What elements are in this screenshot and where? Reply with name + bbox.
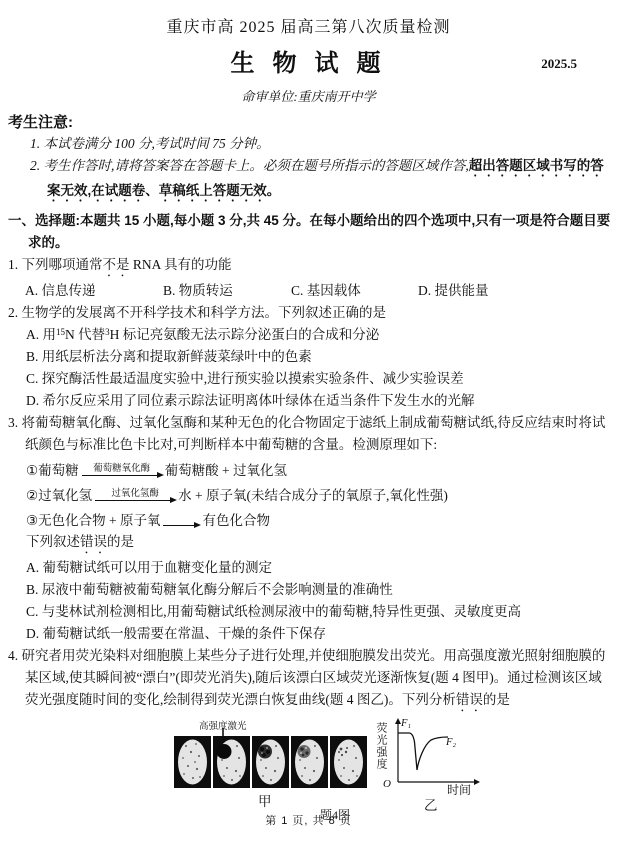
notice-text: 。	[267, 183, 281, 198]
reaction-arrow-icon: 葡萄糖氧化酶	[82, 464, 162, 481]
reaction-reactant: 过氧化氢	[38, 486, 92, 506]
cell-frame-4	[291, 736, 328, 788]
emphasized-text: 在试题卷、草稿纸上答题无效	[91, 183, 267, 198]
arrow-shaft	[82, 475, 162, 476]
question-3-option-a: A. 葡萄糖试纸可以用于血糖变化量的测定	[26, 557, 611, 579]
reaction-product: 水 + 原子氧(未结合成分子的氧原子,氧化性强)	[178, 486, 448, 506]
emphasized-text: 不是	[103, 257, 130, 272]
question-1-stem: 1. 下列哪项通常不是 RNA 具有的功能	[8, 254, 611, 280]
notice-heading: 考生注意:	[8, 113, 617, 133]
graph-f2-annotation: F₂	[446, 737, 456, 748]
superscript: 3	[105, 327, 110, 337]
reaction-2: ②过氧化氢过氧化氢酶水 + 原子氧(未结合成分子的氧原子,氧化性强)	[26, 481, 617, 506]
stem-segment: 4. 研究者用荧光染料对细胞膜上某些分子进行处理,并使细胞膜发出荧光。用高强度激…	[8, 648, 605, 707]
question-2-option-d: D. 希尔反应采用了同位素示踪法证明离体叶绿体在适当条件下发生水的光解	[26, 390, 611, 412]
question-1-options: A. 信息传递 B. 物质转运 C. 基因载体 D. 提供能量	[0, 280, 617, 302]
question-2-stem: 2. 生物学的发展离不开科学技术和科学方法。下列叙述正确的是	[8, 302, 611, 324]
arrow-shaft	[163, 525, 199, 526]
subfigure-label-yi: 乙	[424, 794, 438, 814]
option-segment: A. 用	[26, 327, 56, 342]
page-footer: 第 1 页, 共 8 页	[0, 812, 617, 828]
reaction-product: 葡萄糖酸 + 过氧化氢	[165, 461, 287, 481]
organizer-line: 命审单位:重庆南开中学	[0, 86, 617, 105]
question-2-option-c: C. 探究酶活性最适温度实验中,进行预实验以摸索实验条件、减少实验误差	[26, 368, 611, 390]
stem-segment: 下列叙述	[26, 534, 80, 549]
question-3-option-b: B. 尿液中葡萄糖被葡萄糖氧化酶分解后不会影响测量的准确性	[26, 579, 611, 601]
notice-item-1: 1. 本试卷满分 100 分,考试时间 75 分钟。	[30, 133, 611, 155]
question-1-option-b: B. 物质转运	[163, 280, 233, 302]
reaction-number: ②	[26, 486, 38, 506]
reaction-arrow-icon: 过氧化氢酶	[95, 489, 175, 506]
stem-segment: RNA 具有的功能	[130, 257, 232, 272]
reaction-number: ①	[26, 461, 38, 481]
exam-date: 2025.5	[541, 56, 577, 72]
emphasized-text: 超出答题区域书写	[469, 158, 577, 173]
reaction-product: 有色化合物	[202, 511, 270, 531]
title-row: 生 物 试 题 2025.5	[0, 47, 617, 81]
reaction-1: ①葡萄糖葡萄糖氧化酶葡萄糖酸 + 过氧化氢	[26, 456, 617, 481]
notice-text: 2. 考生作答时,请将答案答在答题卡上。必须在题号所指示的答题区域作答,	[30, 158, 469, 173]
question-4-figure: 高强度激光	[0, 718, 617, 824]
cell-image-strip	[174, 736, 367, 788]
reaction-reactant: 葡萄糖	[38, 461, 79, 481]
exam-paper-page: 重庆市高 2025 届高三第八次质量检测 生 物 试 题 2025.5 命审单位…	[0, 0, 617, 845]
section-1-heading: 一、选择题:本题共 15 小题,每小题 3 分,共 45 分。在每小题给出的四个…	[8, 210, 611, 254]
cell-frame-3	[252, 736, 289, 788]
emphasized-text: 错误	[80, 534, 107, 549]
stem-segment: 的是	[483, 692, 510, 707]
cell-frame-1	[174, 736, 211, 788]
reaction-arrow-icon	[163, 525, 199, 531]
option-segment: N 代替	[65, 327, 105, 342]
question-2-option-b: B. 用纸层析法分离和提取新鲜菠菜绿叶中的色素	[26, 346, 611, 368]
stem-segment: 1. 下列哪项通常	[8, 257, 103, 272]
page-title: 生 物 试 题	[0, 47, 617, 81]
question-2-option-a: A. 用15N 代替3H 标记亮氨酸无法示踪分泌蛋白的合成和分泌	[26, 324, 611, 346]
stem-segment: 的是	[107, 534, 134, 549]
graph-y-axis-label: 荧光强度	[375, 722, 387, 776]
question-1-option-a: A. 信息传递	[25, 280, 96, 302]
cell-frame-5	[330, 736, 367, 788]
superscript: 15	[56, 327, 65, 337]
notice-item-2: 2. 考生作答时,请将答案答在答题卡上。必须在题号所指示的答题区域作答,超出答题…	[30, 155, 611, 205]
reaction-reactant: 无色化合物 + 原子氧	[38, 511, 160, 531]
reaction-number: ③	[26, 511, 38, 531]
question-3-option-d: D. 葡萄糖试纸一般需要在常温、干燥的条件下保存	[26, 623, 611, 645]
reaction-3: ③无色化合物 + 原子氧有色化合物	[26, 506, 617, 531]
enzyme-label: 葡萄糖氧化酶	[93, 464, 150, 475]
subfigure-label-jia: 甲	[258, 790, 272, 810]
cell-frame-2	[213, 736, 250, 788]
graph-f1-annotation: F₁	[401, 718, 411, 729]
graph-origin-label: O	[383, 778, 391, 790]
enzyme-label: 过氧化氢酶	[111, 489, 159, 500]
graph-x-axis-label: 时间	[447, 781, 471, 798]
question-3-ask: 下列叙述错误的是	[26, 531, 611, 557]
arrow-shaft	[95, 500, 175, 501]
exam-session-title: 重庆市高 2025 届高三第八次质量检测	[0, 14, 617, 37]
question-3-stem: 3. 将葡萄糖氧化酶、过氧化氢酶和某种无色的化合物固定于滤纸上制成葡萄糖试纸,待…	[8, 412, 611, 456]
question-4-stem: 4. 研究者用荧光染料对细胞膜上某些分子进行处理,并使细胞膜发出荧光。用高强度激…	[8, 645, 611, 715]
question-1-option-d: D. 提供能量	[418, 280, 489, 302]
option-segment: H 标记亮氨酸无法示踪分泌蛋白的合成和分泌	[110, 327, 380, 342]
emphasized-text: 错误	[456, 692, 483, 707]
question-3-option-c: C. 与斐林试剂检测相比,用葡萄糖试纸检测尿液中的葡萄糖,特异性更强、灵敏度更高	[26, 601, 611, 623]
question-1-option-c: C. 基因载体	[291, 280, 361, 302]
